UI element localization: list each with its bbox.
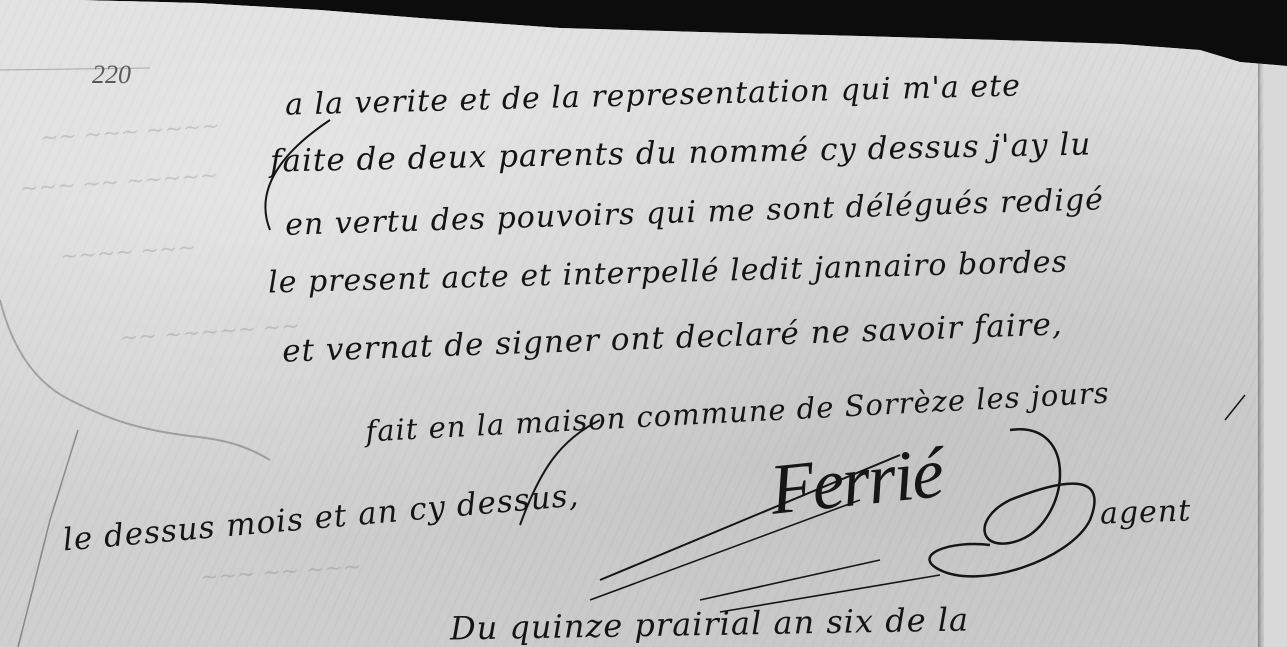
signature-title: agent: [1099, 493, 1191, 531]
manuscript-page: ~~ ~~~ ~~~~ ~~~ ~~ ~~~~~ ~~~~ ~~~ ~~ ~~~…: [0, 0, 1287, 647]
folio-number: 220: [92, 60, 131, 90]
adjacent-page-edge: [1264, 66, 1287, 647]
